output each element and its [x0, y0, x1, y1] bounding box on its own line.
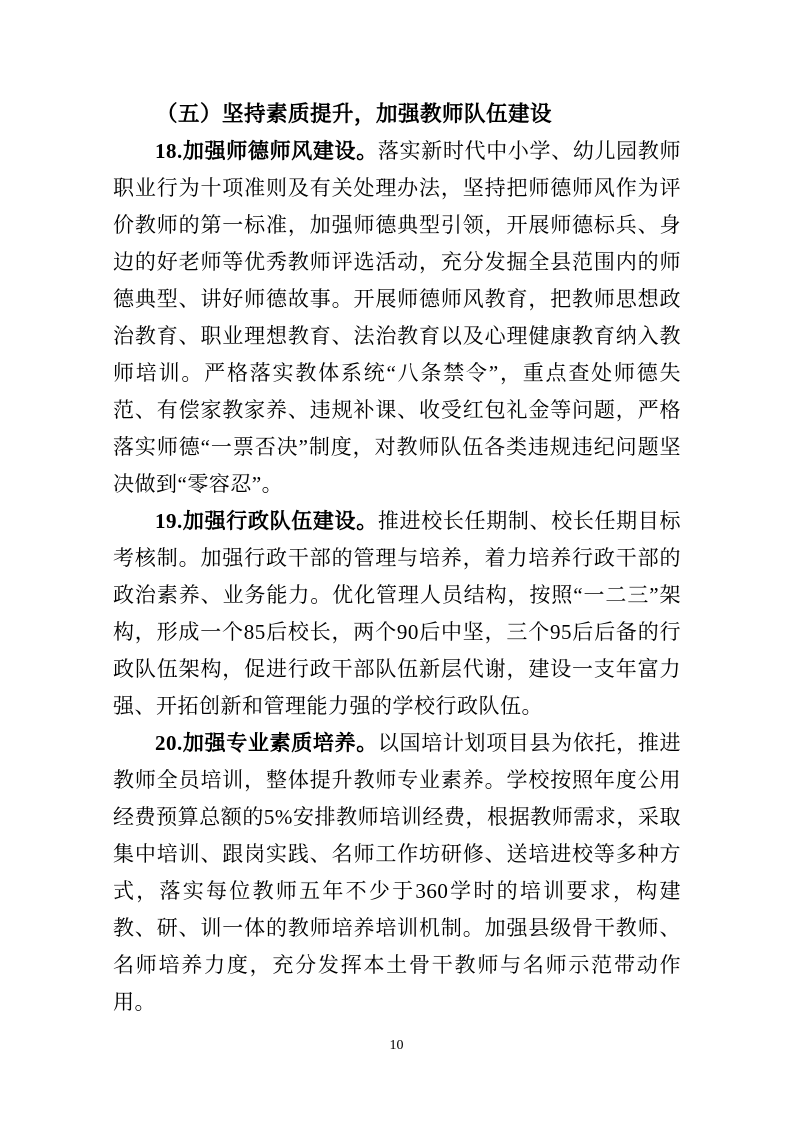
paragraph-18-lead: 18.加强师德师风建设。: [155, 139, 378, 163]
paragraph-19-body: 推进校长任期制、校长任期目标考核制。加强行政干部的管理与培养，着力培养行政干部的…: [113, 509, 681, 718]
document-page: （五）坚持素质提升，加强教师队伍建设 18.加强师德师风建设。落实新时代中小学、…: [0, 0, 793, 1122]
section-heading: （五）坚持素质提升，加强教师队伍建设: [113, 96, 681, 133]
paragraph-18: 18.加强师德师风建设。落实新时代中小学、幼儿园教师职业行为十项准则及有关处理办…: [113, 133, 681, 503]
paragraph-20-lead: 20.加强专业素质培养。: [155, 731, 378, 755]
paragraph-20: 20.加强专业素质培养。以国培计划项目县为依托，推进教师全员培训，整体提升教师专…: [113, 725, 681, 1021]
document-content: （五）坚持素质提升，加强教师队伍建设 18.加强师德师风建设。落实新时代中小学、…: [113, 96, 681, 1021]
paragraph-19-lead: 19.加强行政队伍建设。: [155, 509, 378, 533]
paragraph-20-body: 以国培计划项目县为依托，推进教师全员培训，整体提升教师专业素养。学校按照年度公用…: [113, 731, 681, 1014]
page-number: 10: [390, 1038, 404, 1053]
paragraph-19: 19.加强行政队伍建设。推进校长任期制、校长任期目标考核制。加强行政干部的管理与…: [113, 503, 681, 725]
page-footer: 10: [0, 1036, 793, 1054]
paragraph-18-body: 落实新时代中小学、幼儿园教师职业行为十项准则及有关处理办法，坚持把师德师风作为评…: [113, 139, 681, 496]
